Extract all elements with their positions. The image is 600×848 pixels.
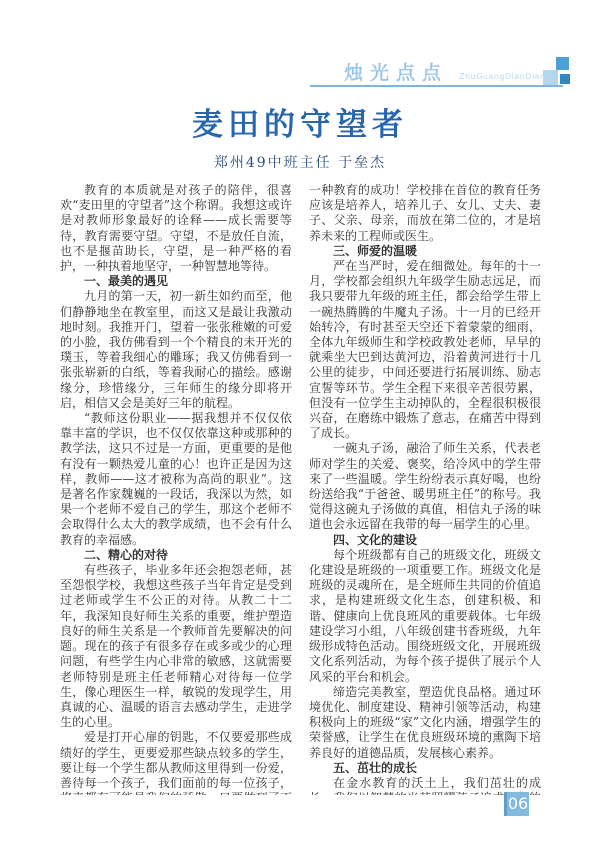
decor-square-icon [556, 57, 569, 70]
section-title-pinyin: ZhuGuangDianDian [459, 72, 546, 81]
decor-square-icon [560, 74, 570, 84]
paragraph: 每个班级都有自己的班级文化，班级文化建设是班级的一项重要工作。班级文化是班级的灵… [309, 548, 541, 685]
page-number-badge: 06 [504, 792, 529, 816]
section-heading-5: 五、茁壮的成长 [309, 761, 541, 776]
paragraph: 严在当严时，爱在细微处。每年的十一月，学校都会组织九年级学生励志远足，而我只要带… [309, 259, 541, 441]
article-byline: 郑州49中班主任 于垒杰 [0, 152, 600, 172]
paragraph: 爱是打开心扉的钥匙，不仅要爱那些成绩好的学生，更要爱那些缺点较多的学生，要让每一… [60, 730, 292, 795]
article-body: 教育的本质就是对孩子的陪伴，很喜欢“麦田里的守望者”这个称谓。我想这或许是对教师… [60, 183, 541, 795]
paragraph-continued: 一种教育的成功！学校排在首位的教育任务应该是培养人，培养儿子、女儿、丈夫、妻子、… [309, 183, 541, 244]
paragraph: 缔造完美教室，塑造优良品格。通过环境优化、制度建设、精神引领等活动，构建积极向上… [309, 685, 541, 761]
right-column: 一种教育的成功！学校排在首位的教育任务应该是培养人，培养儿子、女儿、丈夫、妻子、… [309, 183, 541, 795]
section-heading-4: 四、文化的建设 [309, 533, 541, 548]
paragraph: 有些孩子，毕业多年还会抱怨老师，甚至怨恨学校，我想这些孩子当年肯定是受到过老师或… [60, 563, 292, 730]
article-title: 麦田的守望者 [0, 99, 600, 144]
magazine-page: 烛光点点 ZhuGuangDianDian 麦田的守望者 郑州49中班主任 于垒… [0, 0, 600, 848]
section-heading-3: 三、师爱的温暖 [309, 244, 541, 259]
paragraph: “教师这份职业——据我想并不仅仅依靠丰富的学识，也不仅仅依靠这种或那种的教学法，… [60, 411, 292, 548]
section-title: 烛光点点 [344, 58, 448, 85]
left-column: 教育的本质就是对孩子的陪伴，很喜欢“麦田里的守望者”这个称谓。我想这或许是对教师… [60, 183, 292, 795]
paragraph: 九月的第一天，初一新生如约而至，他们静静地坐在教室里，而这又是最让我激动地时刻。… [60, 289, 292, 411]
paragraph: 教育的本质就是对孩子的陪伴，很喜欢“麦田里的守望者”这个称谓。我想这或许是对教师… [60, 183, 292, 274]
header-divider-line [310, 85, 563, 87]
section-heading-1: 一、最美的遇见 [60, 274, 292, 289]
section-heading-2: 二、精心的对待 [60, 548, 292, 563]
paragraph: 一碗丸子汤，融洽了师生关系，代表老师对学生的关爱、褒奖，给冷风中的学生带来了一些… [309, 441, 541, 532]
decor-square-icon [543, 70, 558, 85]
